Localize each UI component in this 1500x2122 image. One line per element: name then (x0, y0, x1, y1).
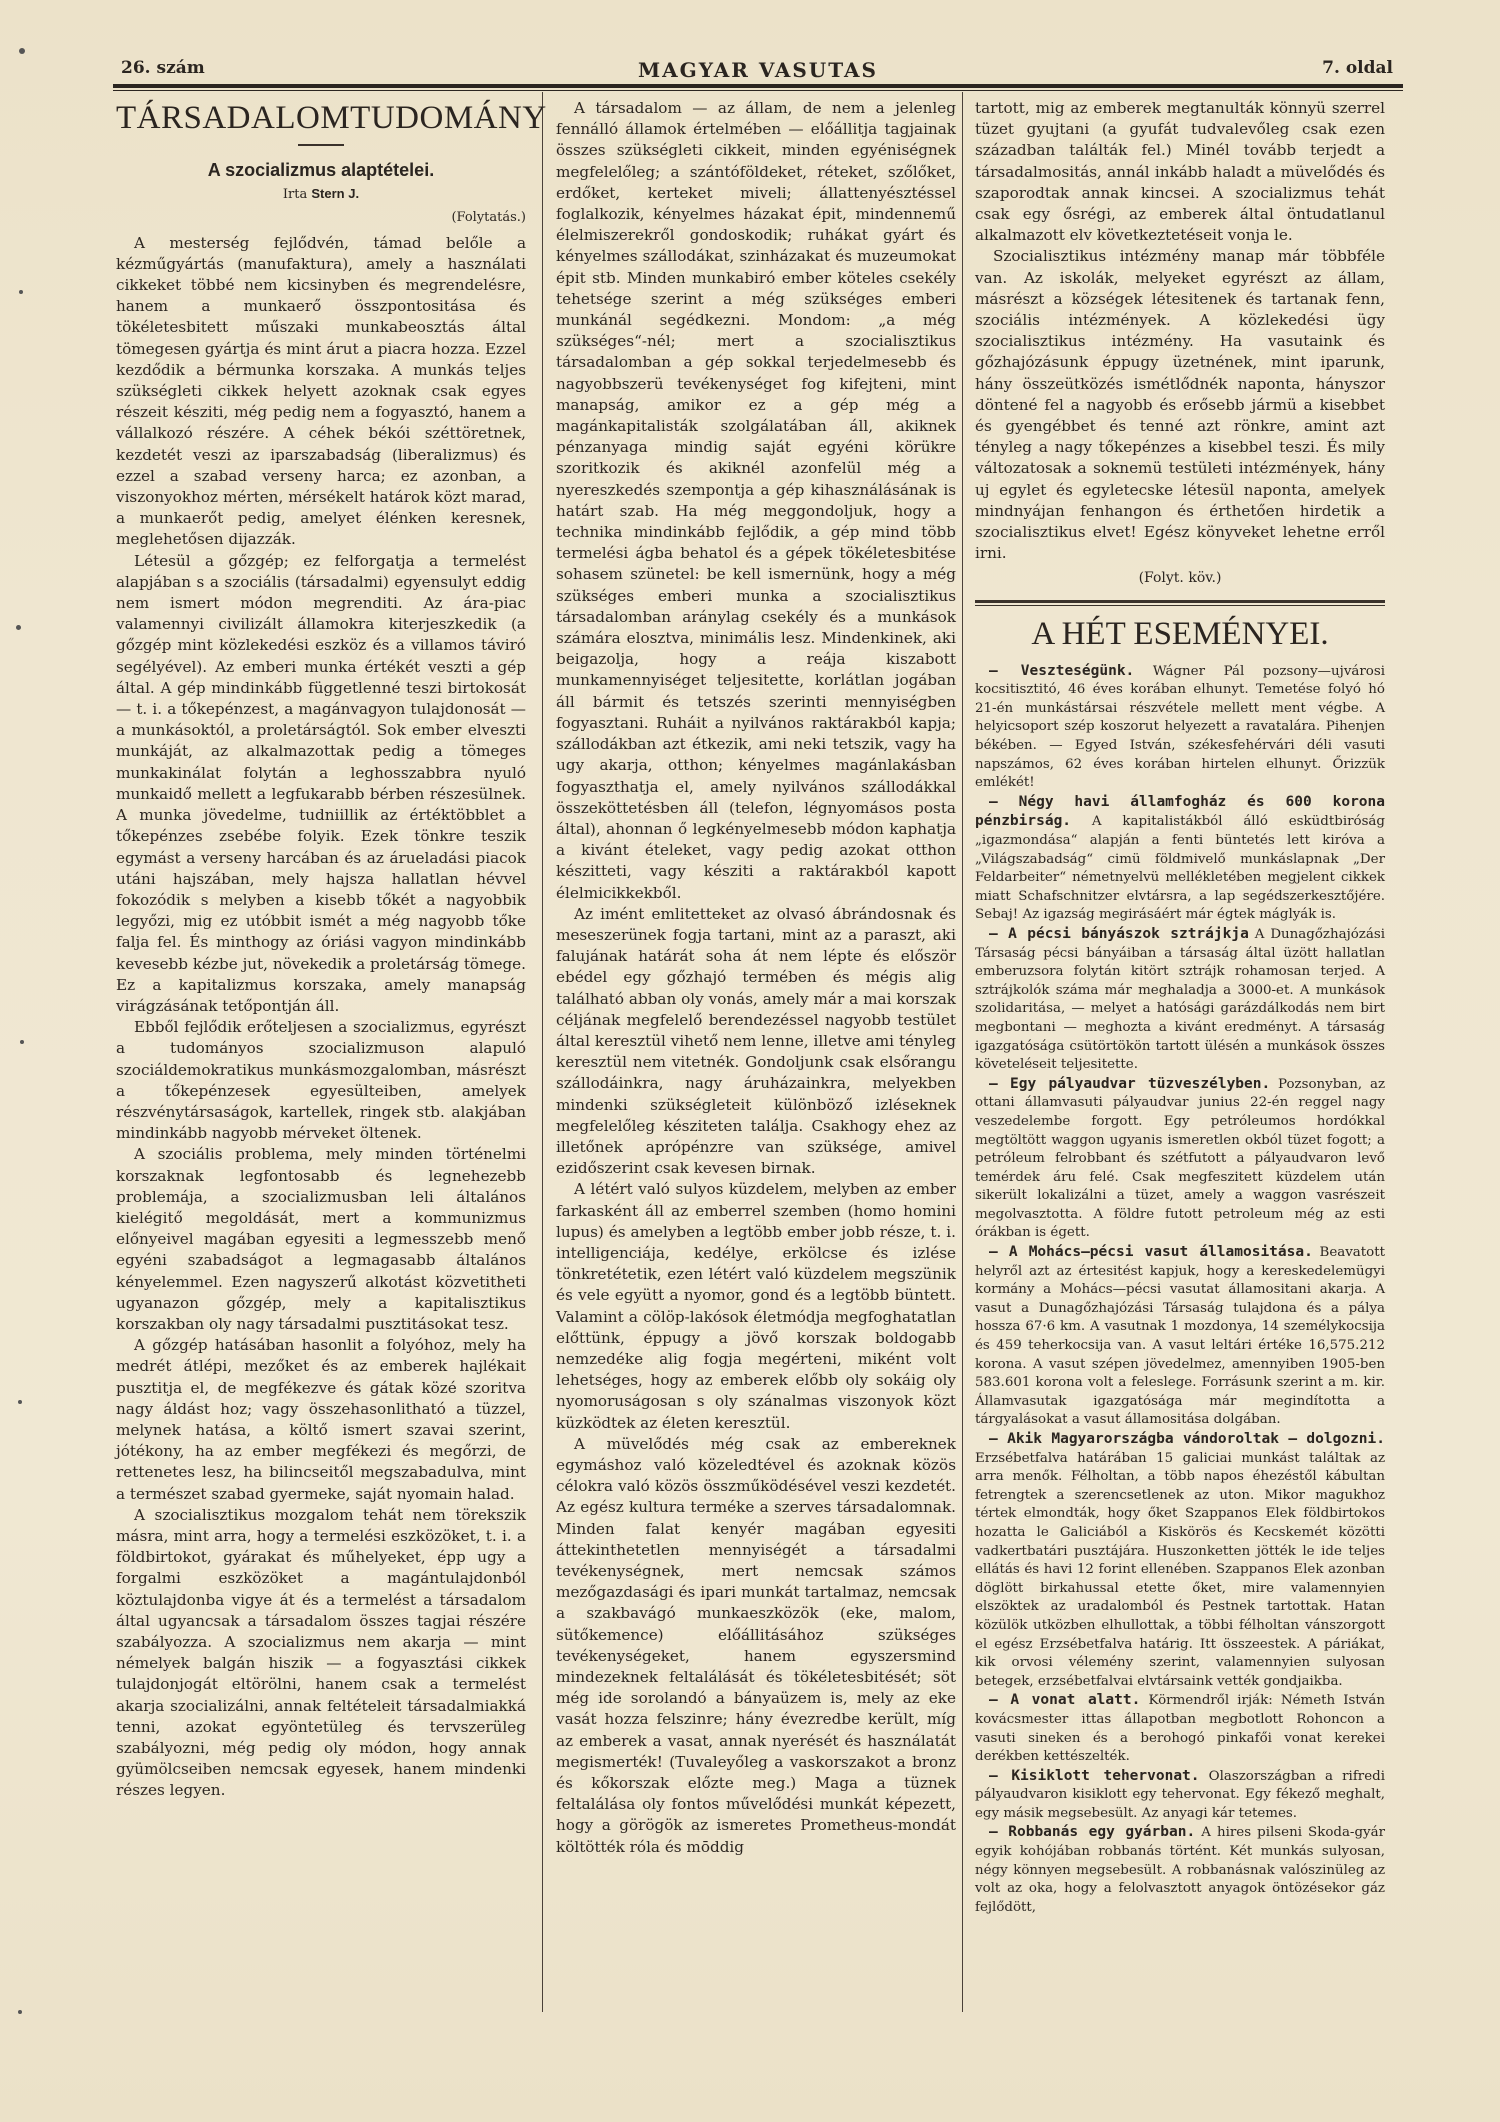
paragraph: Létesül a gőzgép; ez felforgatja a terme… (116, 551, 526, 1017)
news-headline: — Egy pályaudvar tüzveszélyben. (989, 1076, 1270, 1092)
paragraph: A szociális problema, mely minden történ… (116, 1144, 526, 1335)
news-item: — Egy pályaudvar tüzveszélyben. Pozsonyb… (975, 1075, 1385, 1243)
section-rule-thin (975, 605, 1385, 606)
right-column: tartott, mig az emberek megtanulták könn… (975, 98, 1385, 1917)
paragraph: A létért való sulyos küzdelem, melyben a… (556, 1179, 956, 1433)
byline-prefix: Irta (283, 187, 307, 202)
paragraph: Az imént emlitetteket az olvasó ábrándos… (556, 904, 956, 1180)
news-section-title: A HÉT ESEMÉNYEI. (975, 614, 1385, 654)
news-body: A kapitalistákból álló esküdtbiróság „ig… (975, 814, 1385, 922)
news-headline: — Kisiklott tehervonat. (989, 1768, 1200, 1784)
news-body: A Dunagőzhajózási Társaság pécsi bányáib… (975, 927, 1385, 1072)
paragraph: A szocialisztikus mozgalom tehát nem tör… (116, 1505, 526, 1802)
news-headline: — A Mohács—pécsi vasut államositása. (989, 1244, 1313, 1260)
news-item: — Négy havi államfogház és 600 korona pé… (975, 793, 1385, 925)
news-item: — Akik Magyarországba vándoroltak — dolg… (975, 1430, 1385, 1691)
scan-speck (19, 48, 25, 54)
article-title: A szocializmus alaptételei. (116, 160, 526, 181)
middle-column: A társadalom — az állam, de nem a jelenl… (556, 98, 956, 1858)
section-rule (975, 600, 1385, 603)
news-item: — A pécsi bányászok sztrájkja A Dunagőzh… (975, 925, 1385, 1075)
scan-speck (16, 625, 21, 630)
news-headline: — A vonat alatt. (989, 1692, 1140, 1708)
news-headline: — Robbanás egy gyárban. (989, 1824, 1195, 1840)
news-item: — A Mohács—pécsi vasut államositása. Bea… (975, 1243, 1385, 1430)
left-column: TÁRSADALOMTUDOMÁNY A szocializmus alapté… (116, 98, 526, 1802)
paragraph: Ebből fejlődik erőteljesen a szocializmu… (116, 1017, 526, 1144)
column-divider (542, 92, 543, 2012)
newspaper-page: 26. szám MAGYAR VASUTAS 7. oldal TÁRSADA… (0, 0, 1500, 2122)
news-item: — Robbanás egy gyárban. A hires pilseni … (975, 1823, 1385, 1917)
masthead-rule-thin (113, 90, 1403, 91)
paragraph: A müvelődés még csak az embereknek egymá… (556, 1434, 956, 1858)
paragraph: A gőzgép hatásában hasonlit a folyóhoz, … (116, 1335, 526, 1505)
news-body: Erzsébetfalva határában 15 galiciai munk… (975, 1451, 1385, 1689)
masthead-rule (113, 84, 1403, 88)
paragraph: A társadalom — az állam, de nem a jelenl… (556, 98, 956, 904)
scan-speck (19, 290, 23, 294)
masthead: 26. szám MAGYAR VASUTAS 7. oldal (113, 58, 1403, 82)
news-body: Wágner Pál pozsony—ujvárosi kocsitisztit… (975, 664, 1385, 791)
byline-author: Stern J. (311, 186, 359, 201)
byline: Irta Stern J. (116, 183, 526, 205)
title-rule (298, 144, 344, 146)
paragraph: tartott, mig az emberek megtanulták könn… (975, 98, 1385, 246)
paragraph: A mesterség fejlődvén, támad belőle a ké… (116, 233, 526, 551)
news-list: — Veszteségünk. Wágner Pál pozsony—ujvár… (975, 662, 1385, 1918)
news-item: — A vonat alatt. Körmendről irják: Német… (975, 1691, 1385, 1766)
news-headline: — A pécsi bányászok sztrájkja (989, 926, 1249, 942)
news-item: — Kisiklott tehervonat. Olaszországban a… (975, 1767, 1385, 1824)
news-headline: — Akik Magyarországba vándoroltak — dolg… (989, 1431, 1385, 1447)
page-number: 7. oldal (1322, 58, 1393, 78)
continuation-note: (Folytatás.) (116, 207, 526, 228)
news-item: — Veszteségünk. Wágner Pál pozsony—ujvár… (975, 662, 1385, 793)
paragraph: Szocialisztikus intézmény manap már több… (975, 246, 1385, 564)
scan-speck (20, 1040, 24, 1044)
news-headline: — Veszteségünk. (989, 663, 1134, 679)
scan-speck (18, 1400, 22, 1404)
scan-speck (18, 2010, 22, 2014)
column-divider (962, 92, 963, 2012)
news-body: Beavatott helyről azt az értesitést kapj… (975, 1245, 1385, 1427)
continued-note: (Folyt. köv.) (975, 568, 1385, 589)
news-body: Pozsonyban, az ottani államvasuti pályau… (975, 1077, 1385, 1241)
newspaper-title: MAGYAR VASUTAS (113, 58, 1403, 82)
section-title: TÁRSADALOMTUDOMÁNY (116, 98, 526, 138)
